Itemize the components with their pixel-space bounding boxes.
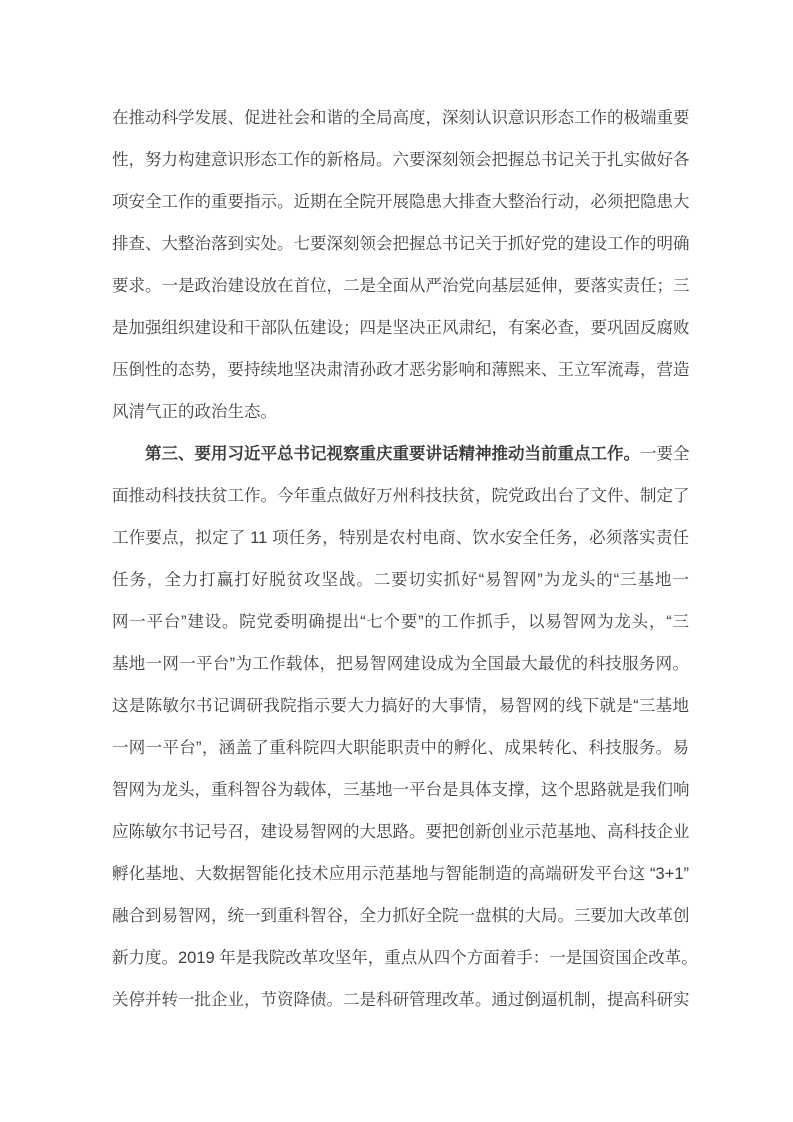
text-line: 要求。一是政治建设放在首位，二是全面从严治党向基层延伸，要落实责任；三	[112, 265, 689, 307]
text-line: 关停并转一批企业，节资降债。二是科研管理改革。通过倒逼机制，提高科研实	[112, 979, 689, 1021]
text-segment: 这是陈敏尔书记调研我院指示要大力搞好的大事情，易智网的线下就是“三基地	[112, 697, 689, 715]
text-line: 是加强组织建设和干部队伍建设；四是坚决正风肃纪，有案必查，要巩固反腐败	[112, 307, 689, 349]
text-line: 一网一平台”，涵盖了重科院四大职能职责中的孵化、成果转化、科技服务。易	[112, 727, 689, 769]
text-segment: 任务，全力打赢打好脱贫攻坚战。二要切实抓好“易智网”为龙头的“三基地一	[112, 571, 689, 589]
text-line: 孵化基地、大数据智能化技术应用示范基地与智能制造的高端研发平台这 “3+1”	[112, 853, 689, 895]
text-segment: 项安全工作的重要指示。近期在全院开展隐患大排查大整治行动，必须把隐患大	[112, 193, 690, 211]
text-line: 任务，全力打赢打好脱贫攻坚战。二要切实抓好“易智网”为龙头的“三基地一	[112, 559, 689, 601]
text-segment: 一网一平台”，涵盖了重科院四大职能职责中的孵化、成果转化、科技服务。易	[112, 739, 689, 757]
text-segment: 压倒性的态势，要持续地坚决肃清孙政才恶劣影响和薄熙来、王立军流毒，营造	[112, 361, 690, 379]
text-segment: 网一平台”建设。院党委明确提出“七个要”的工作抓手，以易智网为龙头，“三	[112, 613, 689, 631]
text-line: 工作要点，拟定了 11 项任务，特别是农村电商、饮水安全任务，必须落实责任	[112, 517, 689, 559]
text-segment: 风清气正的政治生态。	[112, 403, 277, 421]
text-line: 新力度。2019 年是我院改革攻坚年，重点从四个方面着手：一是国资国企改革。	[112, 937, 689, 979]
text-segment: 要求。一是政治建设放在首位，二是全面从严治党向基层延伸，要落实责任；三	[112, 277, 690, 295]
text-segment: 应陈敏尔书记号召，建设易智网的大思路。要把创新创业示范基地、高科技企业	[112, 823, 690, 841]
text-segment: 关停并转一批企业，节资降债。二是科研管理改革。通过倒逼机制，提高科研实	[112, 991, 690, 1009]
text-line: 项安全工作的重要指示。近期在全院开展隐患大排查大整治行动，必须把隐患大	[112, 181, 689, 223]
text-segment: 融合到易智网，统一到重科智谷，全力抓好全院一盘棋的大局。三要加大改革创	[112, 907, 690, 925]
text-segment: 新力度。2019 年是我院改革攻坚年，重点从四个方面着手：一是国资国企改革。	[112, 949, 698, 967]
bold-heading-segment: 第三、要用习近平总书记视察重庆重要讲话精神推动当前重点工作。	[145, 445, 640, 463]
text-line: 排查、大整治落到实处。七要深刻领会把握总书记关于抓好党的建设工作的明确	[112, 223, 689, 265]
text-segment: 工作要点，拟定了 11 项任务，特别是农村电商、饮水安全任务，必须落实责任	[112, 529, 689, 547]
text-segment: 在推动科学发展、促进社会和谐的全局高度，深刻认识意识形态工作的极端重要	[112, 109, 690, 127]
text-segment: 孵化基地、大数据智能化技术应用示范基地与智能制造的高端研发平台这 “3+1”	[112, 865, 689, 883]
text-segment: 是加强组织建设和干部队伍建设；四是坚决正风肃纪，有案必查，要巩固反腐败	[112, 319, 690, 337]
text-line: 智网为龙头，重科智谷为载体，三基地一平台是具体支撑，这个思路就是我们响	[112, 769, 689, 811]
text-segment: 一要全	[640, 445, 690, 463]
text-line: 第三、要用习近平总书记视察重庆重要讲话精神推动当前重点工作。一要全	[112, 433, 689, 475]
text-line: 融合到易智网，统一到重科智谷，全力抓好全院一盘棋的大局。三要加大改革创	[112, 895, 689, 937]
text-line: 这是陈敏尔书记调研我院指示要大力搞好的大事情，易智网的线下就是“三基地	[112, 685, 689, 727]
text-line: 应陈敏尔书记号召，建设易智网的大思路。要把创新创业示范基地、高科技企业	[112, 811, 689, 853]
text-segment: 面推动科技扶贫工作。今年重点做好万州科技扶贫，院党政出台了文件、制定了	[112, 487, 690, 505]
text-line: 风清气正的政治生态。	[112, 391, 689, 433]
text-line: 压倒性的态势，要持续地坚决肃清孙政才恶劣影响和薄熙来、王立军流毒，营造	[112, 349, 689, 391]
text-line: 在推动科学发展、促进社会和谐的全局高度，深刻认识意识形态工作的极端重要	[112, 97, 689, 139]
text-line: 性，努力构建意识形态工作的新格局。六要深刻领会把握总书记关于扎实做好各	[112, 139, 689, 181]
text-segment: 基地一网一平台”为工作载体，把易智网建设成为全国最大最优的科技服务网。	[112, 655, 689, 673]
text-segment: 智网为龙头，重科智谷为载体，三基地一平台是具体支撑，这个思路就是我们响	[112, 781, 690, 799]
text-block: 在推动科学发展、促进社会和谐的全局高度，深刻认识意识形态工作的极端重要性，努力构…	[112, 97, 689, 1021]
text-line: 基地一网一平台”为工作载体，把易智网建设成为全国最大最优的科技服务网。	[112, 643, 689, 685]
text-line: 网一平台”建设。院党委明确提出“七个要”的工作抓手，以易智网为龙头，“三	[112, 601, 689, 643]
text-segment: 性，努力构建意识形态工作的新格局。六要深刻领会把握总书记关于扎实做好各	[112, 151, 690, 169]
text-line: 面推动科技扶贫工作。今年重点做好万州科技扶贫，院党政出台了文件、制定了	[112, 475, 689, 517]
text-segment: 排查、大整治落到实处。七要深刻领会把握总书记关于抓好党的建设工作的明确	[112, 235, 690, 253]
document-page: 在推动科学发展、促进社会和谐的全局高度，深刻认识意识形态工作的极端重要性，努力构…	[0, 0, 793, 1122]
